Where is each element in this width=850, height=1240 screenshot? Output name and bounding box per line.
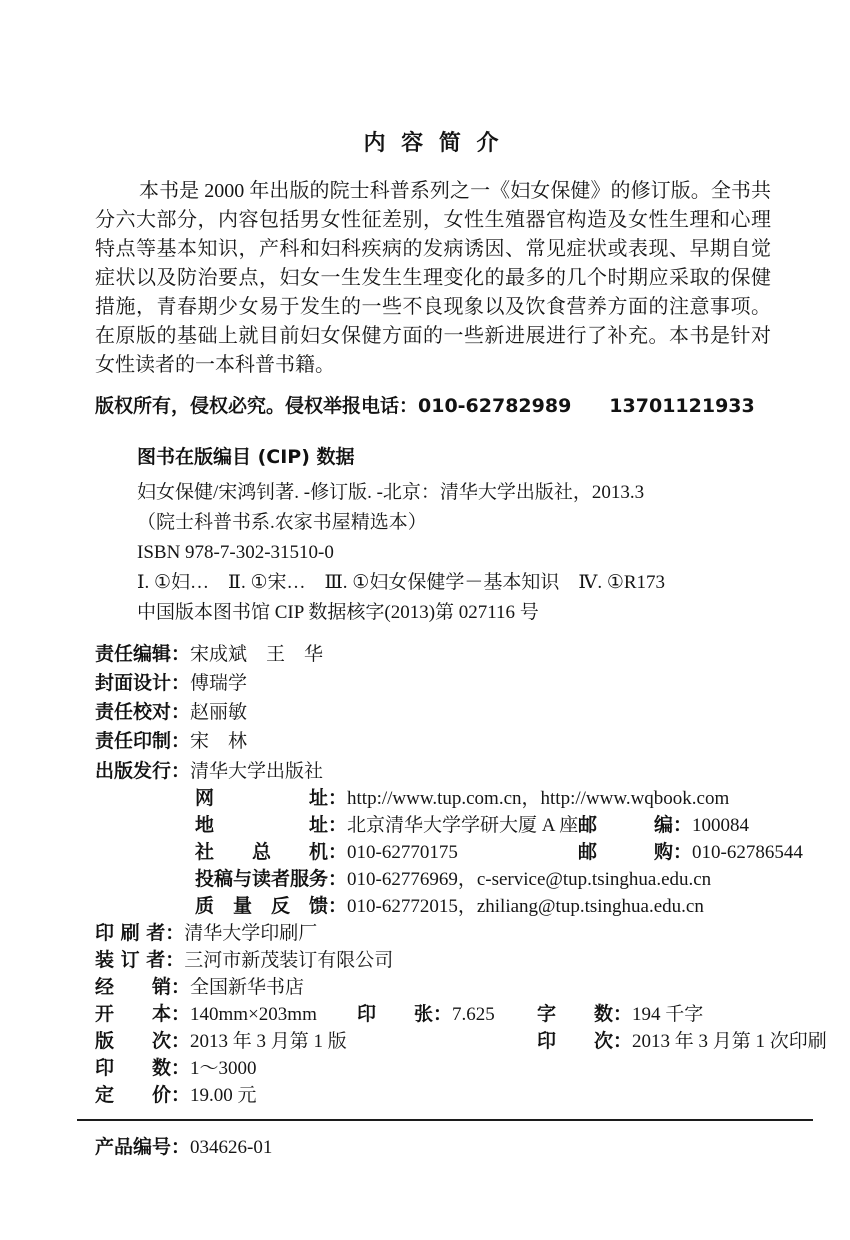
staff-row: 封面设计：傅瑞学 xyxy=(95,669,771,698)
colophon-row-switchboard: 社 总 机：010-62770175 邮 购：010-62786544 xyxy=(95,839,771,866)
colophon-label: 质 量 反 馈： xyxy=(195,895,347,917)
copyright-notice: 版权所有，侵权必究。侵权举报电话：010-62782989 1370112193… xyxy=(95,394,771,419)
service-contact: 010-62776969，c-service@tup.tsinghua.edu.… xyxy=(347,869,711,890)
colophon-row-address: 地 址：北京清华大学学研大厦 A 座 邮 编：100084 xyxy=(95,812,771,839)
wordcount-segment: 字 数：194 千字 xyxy=(537,1001,703,1028)
colophon-value: 2013 年 3 月第 1 版 xyxy=(190,1031,347,1052)
colophon-row-website: 网 址：http://www.tup.com.cn，http://www.wqb… xyxy=(95,785,771,812)
colophon-value: 7.625 xyxy=(452,1004,495,1025)
colophon-label: 版 次： xyxy=(95,1030,190,1052)
website-url: http://www.tup.com.cn，http://www.wqbook.… xyxy=(347,788,729,809)
colophon-value: 2013 年 3 月第 1 次印刷 xyxy=(632,1031,827,1052)
colophon-label: 出版发行： xyxy=(95,760,190,782)
mailorder-segment: 邮 购：010-62786544 xyxy=(578,839,803,866)
colophon-label: 经 销： xyxy=(95,976,190,998)
colophon-label: 开 本： xyxy=(95,1003,190,1025)
sheets-segment: 印 张：7.625 xyxy=(357,1001,495,1028)
staff-value: 宋 林 xyxy=(190,731,247,752)
colophon-row-publisher: 出版发行：清华大学出版社 xyxy=(95,758,771,785)
colophon-label: 装 订 者： xyxy=(95,949,184,971)
product-code: 产品编号：034626-01 xyxy=(95,1135,771,1160)
colophon-value: 清华大学出版社 xyxy=(190,761,323,782)
colophon-value: 全国新华书店 xyxy=(190,977,304,998)
cip-line: 中国版本图书馆 CIP 数据核字(2013)第 027116 号 xyxy=(137,598,771,628)
colophon-label: 印 次： xyxy=(537,1030,632,1052)
staff-row: 责任编辑：宋成斌 王 华 xyxy=(95,640,771,669)
colophon-value: 清华大学印刷厂 xyxy=(184,923,317,944)
staff-row: 责任校对：赵丽敏 xyxy=(95,698,771,727)
staff-label: 责任印制： xyxy=(95,730,190,752)
staff-label: 责任校对： xyxy=(95,701,190,723)
colophon-row-price: 定 价：19.00 元 xyxy=(95,1082,771,1109)
staff-label: 责任编辑： xyxy=(95,643,190,665)
product-code-value: 034626-01 xyxy=(190,1137,272,1158)
staff-value: 宋成斌 王 华 xyxy=(190,644,323,665)
staff-label: 封面设计： xyxy=(95,672,190,694)
colophon-block: 出版发行：清华大学出版社 网 址：http://www.tup.com.cn，h… xyxy=(95,758,771,1109)
staff-value: 傅瑞学 xyxy=(190,673,247,694)
colophon-label: 字 数： xyxy=(537,1003,632,1025)
colophon-row-distributor: 经 销：全国新华书店 xyxy=(95,974,771,1001)
colophon-value: 三河市新茂装订有限公司 xyxy=(184,950,393,971)
colophon-row-edition: 版 次：2013 年 3 月第 1 版 印 次：2013 年 3 月第 1 次印… xyxy=(95,1028,771,1055)
colophon-label: 邮 购： xyxy=(578,841,692,863)
colophon-value: 19.00 元 xyxy=(190,1085,257,1106)
colophon-value: 140mm×203mm xyxy=(190,1004,317,1025)
colophon-label: 印 张： xyxy=(357,1003,452,1025)
staff-value: 赵丽敏 xyxy=(190,702,247,723)
colophon-row-format: 开 本：140mm×203mm 印 张：7.625 字 数：194 千字 xyxy=(95,1001,771,1028)
colophon-label: 网 址： xyxy=(195,787,347,809)
cip-block: 妇女保健/宋鸿钊著. -修订版. -北京：清华大学出版社，2013.3 （院士科… xyxy=(95,478,771,628)
cip-line: Ⅰ. ①妇… Ⅱ. ①宋… Ⅲ. ①妇女保健学－基本知识 Ⅳ. ①R173 xyxy=(137,568,771,598)
colophon-value: 010-62770175 xyxy=(347,842,458,863)
colophon-label: 社 总 机： xyxy=(195,841,347,863)
colophon-label: 定 价： xyxy=(95,1084,190,1106)
colophon-row-printer: 印 刷 者：清华大学印刷厂 xyxy=(95,920,771,947)
page-content: 内 容 简 介 本书是 2000 年出版的院士科普系列之一《妇女保健》的修订版。… xyxy=(95,0,771,1160)
cip-line: 妇女保健/宋鸿钊著. -修订版. -北京：清华大学出版社，2013.3 xyxy=(137,478,771,508)
impression-segment: 印 次：2013 年 3 月第 1 次印刷 xyxy=(537,1028,827,1055)
postcode-segment: 邮 编：100084 xyxy=(578,812,749,839)
colophon-label: 地 址： xyxy=(195,814,347,836)
cip-line: （院士科普书系.农家书屋精选本） xyxy=(137,508,771,538)
colophon-value: 北京清华大学学研大厦 A 座 xyxy=(347,815,578,836)
page-title: 内 容 简 介 xyxy=(95,126,771,157)
cip-heading: 图书在版编目 (CIP) 数据 xyxy=(95,445,771,470)
colophon-row-feedback: 质 量 反 馈：010-62772015，zhiliang@tup.tsingh… xyxy=(95,893,771,920)
footer-divider xyxy=(77,1119,813,1121)
book-copyright-page: 内 容 简 介 本书是 2000 年出版的院士科普系列之一《妇女保健》的修订版。… xyxy=(0,0,850,1240)
staff-row: 责任印制：宋 林 xyxy=(95,727,771,756)
colophon-label: 邮 编： xyxy=(578,814,692,836)
colophon-row-printrun: 印 数：1～3000 xyxy=(95,1055,771,1082)
colophon-label: 投稿与读者服务： xyxy=(195,868,347,890)
colophon-value: 1～3000 xyxy=(190,1058,257,1079)
colophon-row-binder: 装 订 者：三河市新茂装订有限公司 xyxy=(95,947,771,974)
intro-paragraph: 本书是 2000 年出版的院士科普系列之一《妇女保健》的修订版。全书共分六大部分… xyxy=(95,177,771,380)
cip-line: ISBN 978-7-302-31510-0 xyxy=(137,538,771,568)
colophon-label: 印 刷 者： xyxy=(95,922,184,944)
feedback-contact: 010-62772015，zhiliang@tup.tsinghua.edu.c… xyxy=(347,896,704,917)
colophon-value: 100084 xyxy=(692,815,749,836)
colophon-label: 印 数： xyxy=(95,1057,190,1079)
staff-block: 责任编辑：宋成斌 王 华 封面设计：傅瑞学 责任校对：赵丽敏 责任印制：宋 林 xyxy=(95,640,771,756)
colophon-value: 194 千字 xyxy=(632,1004,703,1025)
colophon-value: 010-62786544 xyxy=(692,842,803,863)
product-code-label: 产品编号： xyxy=(95,1137,190,1158)
colophon-row-service: 投稿与读者服务：010-62776969，c-service@tup.tsing… xyxy=(95,866,771,893)
